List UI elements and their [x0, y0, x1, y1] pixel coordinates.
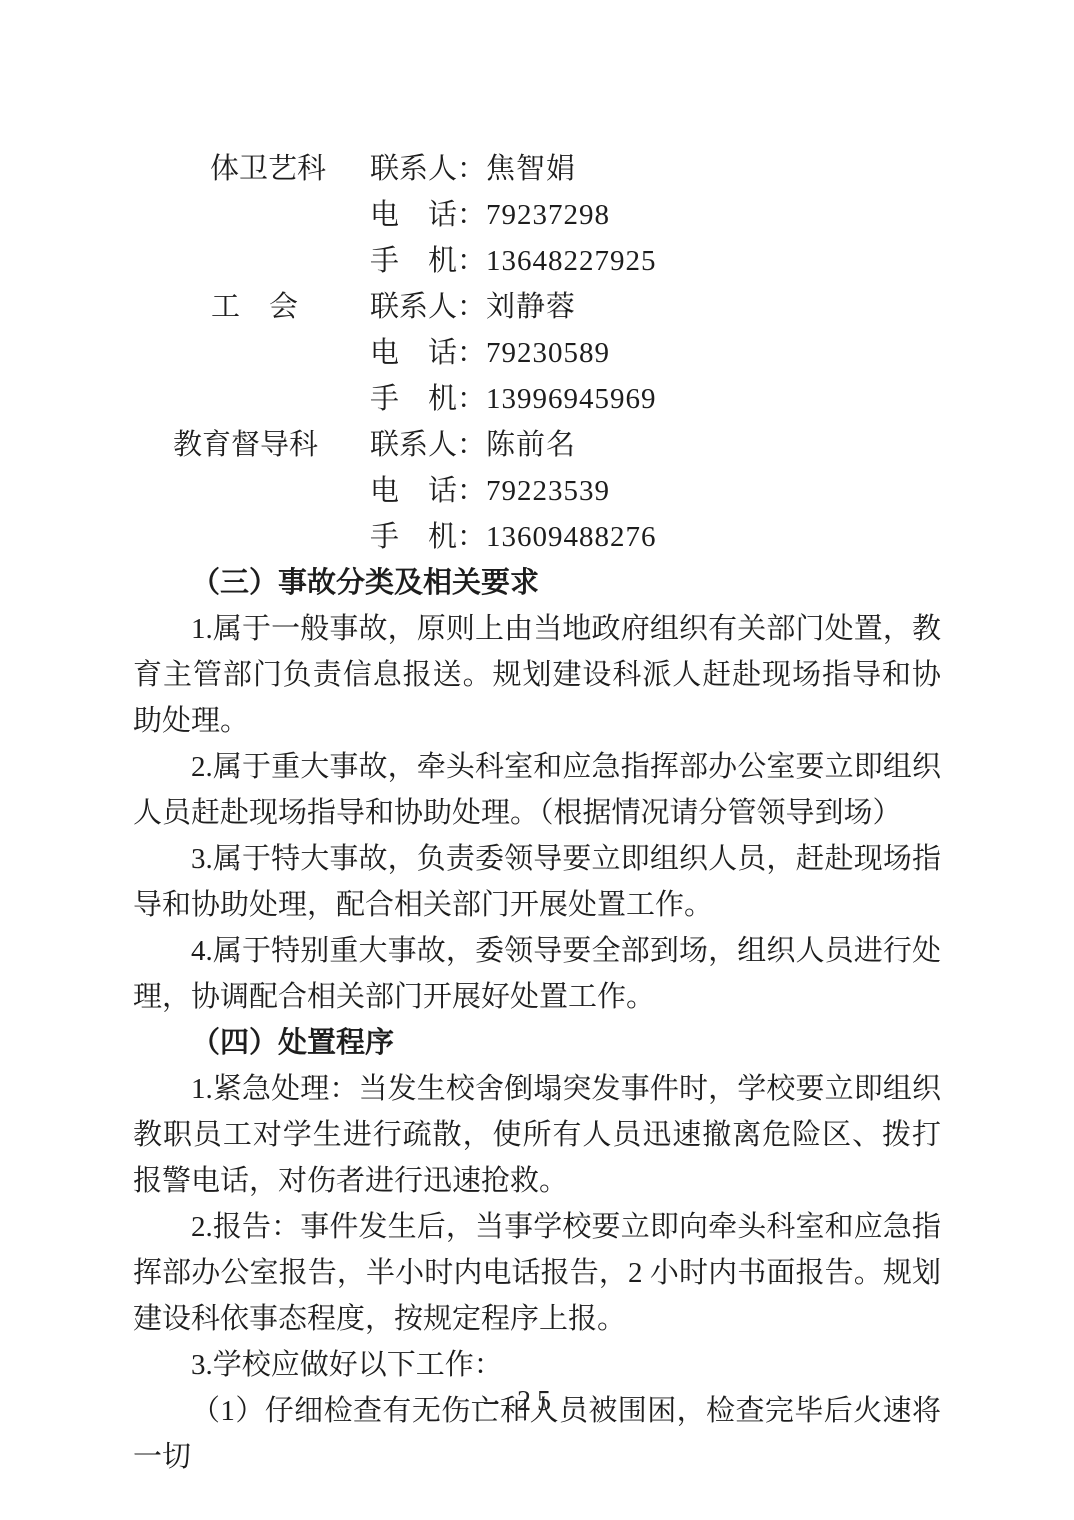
- contact-row: 手 机：13609488276: [133, 514, 941, 560]
- paragraph: 3.学校应做好以下工作：: [133, 1342, 941, 1388]
- contact-label: 电 话：: [370, 475, 486, 507]
- contact-value: 13609488276: [486, 521, 657, 553]
- paragraph: 1.紧急处理：当发生校舍倒塌突发事件时，学校要立即组织教职员工对学生进行疏散，使…: [133, 1066, 941, 1204]
- contact-row: 电 话：79223539: [133, 468, 941, 514]
- contact-label: 电 话：: [370, 199, 486, 231]
- contact-line: 电 话：79237298: [370, 192, 610, 238]
- department-name: 体卫艺科: [210, 146, 326, 192]
- paragraph: 1.属于一般事故，原则上由当地政府组织有关部门处置，教育主管部门负责信息报送。规…: [133, 606, 941, 744]
- section-heading: （三）事故分类及相关要求: [133, 560, 941, 606]
- contact-value: 13996945969: [486, 383, 657, 415]
- document-page: 体卫艺科 联系人：焦智娟 电 话：79237298 手 机：1364822792…: [0, 0, 1074, 1520]
- contact-row: 手 机：13648227925: [133, 238, 941, 284]
- contact-row: 工 会 联系人：刘静蓉: [133, 284, 941, 330]
- contact-line: 手 机：13609488276: [370, 514, 657, 560]
- contact-row: 教育督导科 联系人：陈前名: [133, 422, 941, 468]
- contact-label: 手 机：: [370, 521, 486, 553]
- paragraph: 2.属于重大事故，牵头科室和应急指挥部办公室要立即组织人员赶赴现场指导和协助处理…: [133, 744, 941, 836]
- contact-value: 79237298: [486, 199, 610, 231]
- contact-row: 体卫艺科 联系人：焦智娟: [133, 146, 941, 192]
- page-number: – 25 –: [0, 1386, 1074, 1418]
- contact-line: 电 话：79230589: [370, 330, 610, 376]
- paragraph: 3.属于特大事故，负责委领导要立即组织人员，赶赴现场指导和协助处理，配合相关部门…: [133, 836, 941, 928]
- paragraph: 4.属于特别重大事故，委领导要全部到场，组织人员进行处理，协调配合相关部门开展好…: [133, 928, 941, 1020]
- contact-value: 79230589: [486, 337, 610, 369]
- contact-label: 电 话：: [370, 337, 486, 369]
- contact-label: 联系人：: [370, 429, 486, 461]
- department-name: 教育督导科: [173, 422, 318, 468]
- contact-label: 手 机：: [370, 383, 486, 415]
- contact-line: 联系人：焦智娟: [370, 146, 576, 192]
- contact-line: 联系人：刘静蓉: [370, 284, 576, 330]
- contact-line: 联系人：陈前名: [370, 422, 576, 468]
- contact-table: 体卫艺科 联系人：焦智娟 电 话：79237298 手 机：1364822792…: [133, 146, 941, 560]
- section-heading: （四）处置程序: [133, 1020, 941, 1066]
- contact-line: 手 机：13996945969: [370, 376, 657, 422]
- contact-line: 手 机：13648227925: [370, 238, 657, 284]
- document-content: 体卫艺科 联系人：焦智娟 电 话：79237298 手 机：1364822792…: [133, 146, 941, 1480]
- contact-value: 刘静蓉: [486, 291, 576, 323]
- department-name: 工 会: [211, 284, 298, 330]
- contact-value: 79223539: [486, 475, 610, 507]
- contact-label: 手 机：: [370, 245, 486, 277]
- section-accident-classification: （三）事故分类及相关要求 1.属于一般事故，原则上由当地政府组织有关部门处置，教…: [133, 560, 941, 1020]
- contact-row: 手 机：13996945969: [133, 376, 941, 422]
- contact-label: 联系人：: [370, 153, 486, 185]
- contact-label: 联系人：: [370, 291, 486, 323]
- paragraph: 2.报告：事件发生后，当事学校要立即向牵头科室和应急指挥部办公室报告，半小时内电…: [133, 1204, 941, 1342]
- contact-line: 电 话：79223539: [370, 468, 610, 514]
- contact-value: 13648227925: [486, 245, 657, 277]
- contact-row: 电 话：79230589: [133, 330, 941, 376]
- contact-value: 陈前名: [486, 429, 576, 461]
- contact-value: 焦智娟: [486, 153, 576, 185]
- contact-row: 电 话：79237298: [133, 192, 941, 238]
